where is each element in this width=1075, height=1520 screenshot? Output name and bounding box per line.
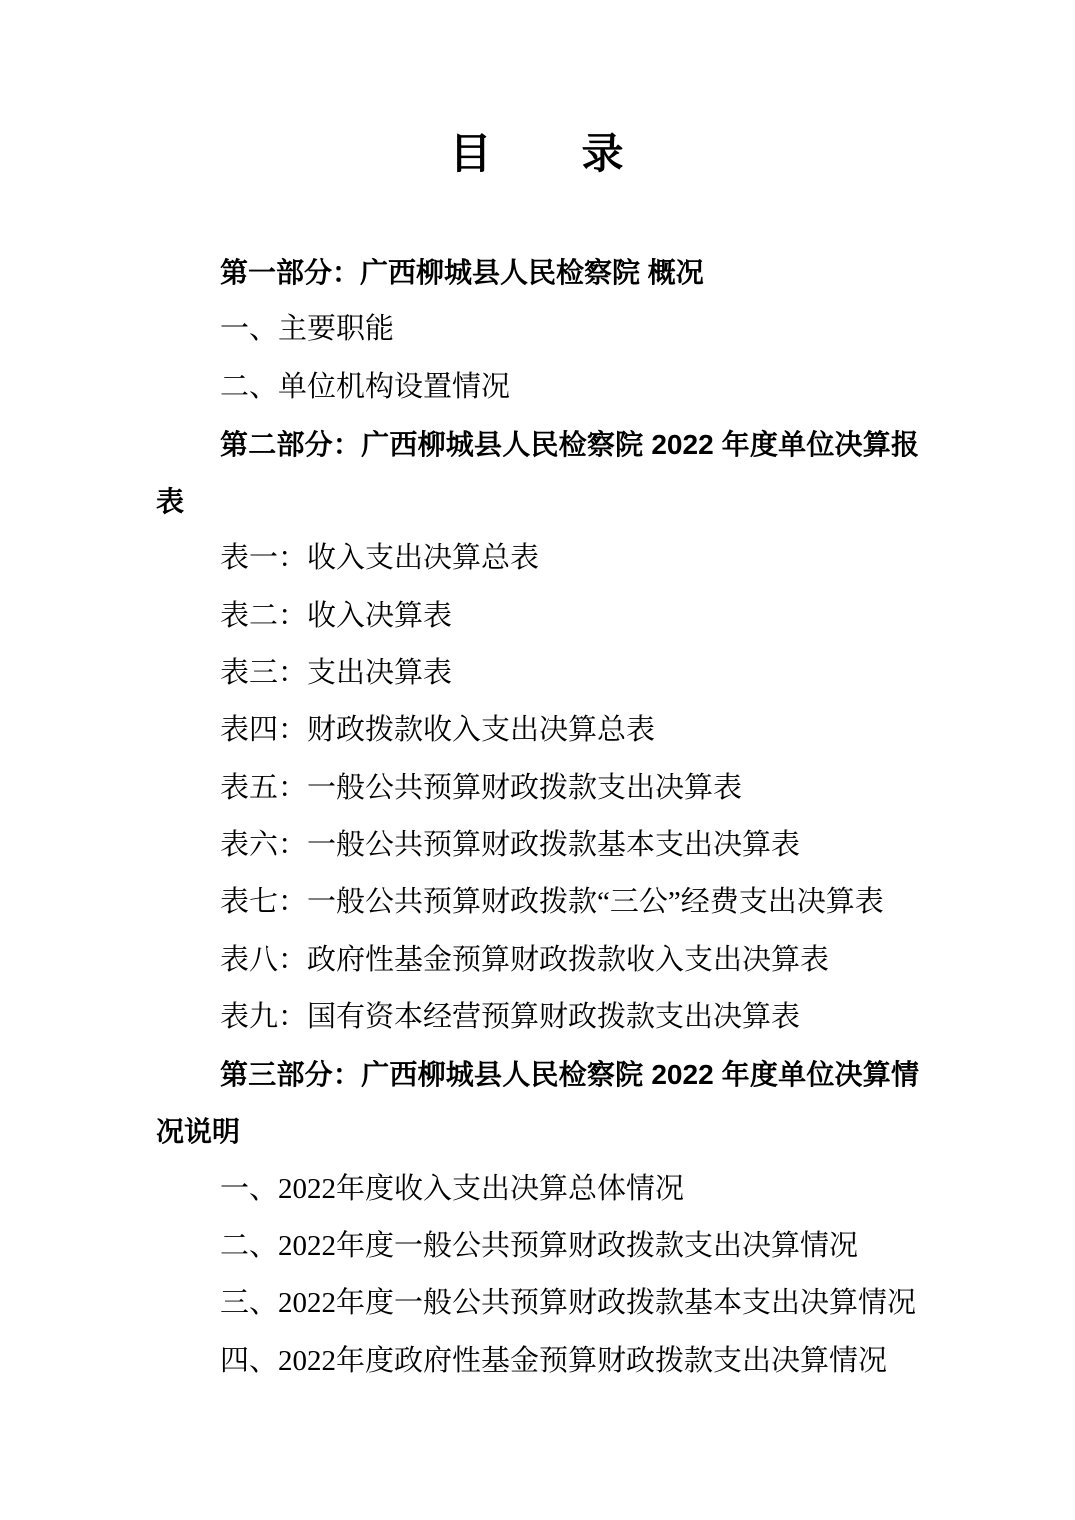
toc-item-table-7: 表七：一般公共预算财政拨款“三公”经费支出决算表 bbox=[156, 874, 919, 931]
section-2-heading-line2: 表 bbox=[156, 473, 919, 530]
toc-item-table-2: 表二：收入决算表 bbox=[156, 588, 919, 645]
toc-item-note-1: 一、2022年度收入支出决算总体情况 bbox=[156, 1161, 919, 1218]
document-page: 目 录 第一部分：广西柳城县人民检察院 概况 一、主要职能 二、单位机构设置情况… bbox=[0, 0, 1075, 1520]
toc-item-table-3: 表三：支出决算表 bbox=[156, 645, 919, 702]
section-3-heading-line1: 第三部分：广西柳城县人民检察院 2022 年度单位决算情 bbox=[156, 1046, 919, 1103]
toc-item-note-3: 三、2022年度一般公共预算财政拨款基本支出决算情况 bbox=[156, 1275, 919, 1332]
toc-item-table-1: 表一：收入支出决算总表 bbox=[156, 530, 919, 587]
toc-item-table-6: 表六：一般公共预算财政拨款基本支出决算表 bbox=[156, 817, 919, 874]
toc-item-table-8: 表八：政府性基金预算财政拨款收入支出决算表 bbox=[156, 932, 919, 989]
toc-item-org-structure: 二、单位机构设置情况 bbox=[156, 359, 919, 416]
toc-item-note-4: 四、2022年度政府性基金预算财政拨款支出决算情况 bbox=[156, 1333, 919, 1390]
toc-item-table-4: 表四：财政拨款收入支出决算总表 bbox=[156, 702, 919, 759]
toc-item-main-functions: 一、主要职能 bbox=[156, 301, 919, 358]
toc-item-table-5: 表五：一般公共预算财政拨款支出决算表 bbox=[156, 760, 919, 817]
toc-item-table-9: 表九：国有资本经营预算财政拨款支出决算表 bbox=[156, 989, 919, 1046]
section-2-heading-line1: 第二部分：广西柳城县人民检察院 2022 年度单位决算报 bbox=[156, 416, 919, 473]
section-3-heading-line2: 况说明 bbox=[156, 1103, 919, 1160]
table-of-contents: 第一部分：广西柳城县人民检察院 概况 一、主要职能 二、单位机构设置情况 第二部… bbox=[156, 244, 919, 1390]
toc-item-note-2: 二、2022年度一般公共预算财政拨款支出决算情况 bbox=[156, 1218, 919, 1275]
page-title: 目 录 bbox=[156, 0, 919, 185]
section-1-heading: 第一部分：广西柳城县人民检察院 概况 bbox=[156, 244, 919, 301]
page-content: 目 录 第一部分：广西柳城县人民检察院 概况 一、主要职能 二、单位机构设置情况… bbox=[0, 0, 1075, 1390]
